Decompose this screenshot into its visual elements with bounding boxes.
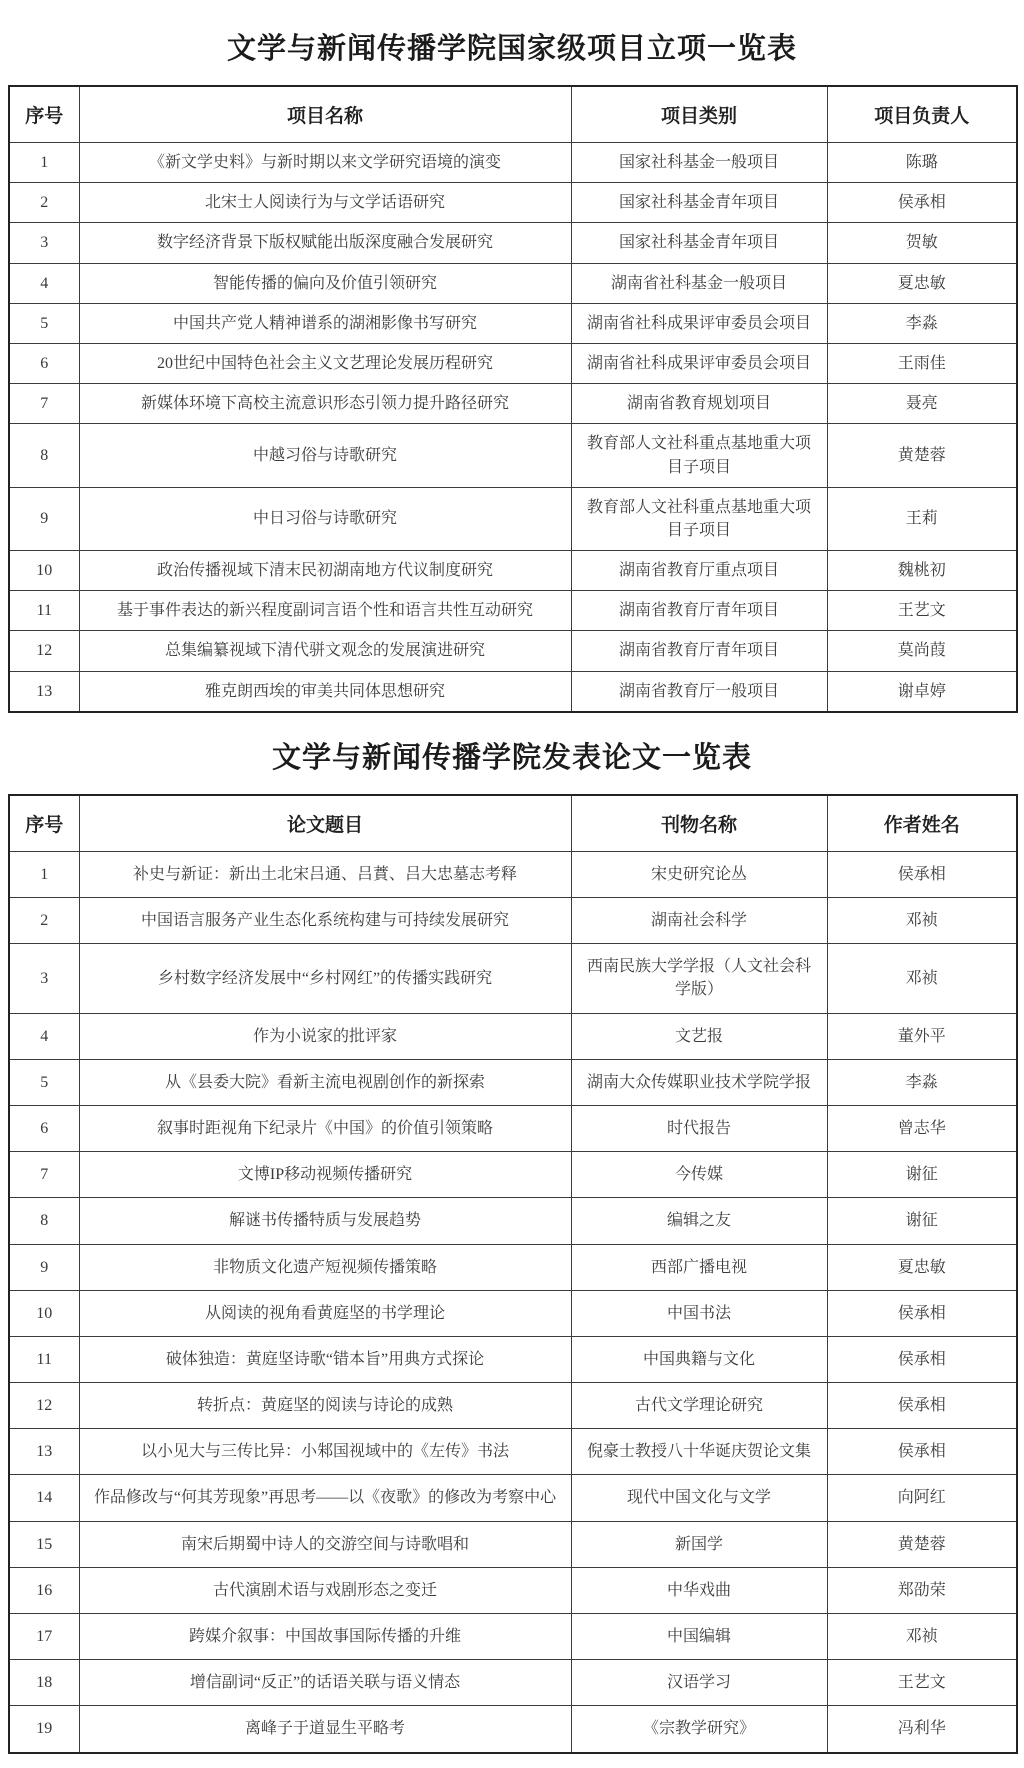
journal-name-cell: 中国编辑 (571, 1614, 827, 1660)
table-row: 18增信副词“反正”的话语关联与语义情态汉语学习王艺文 (9, 1660, 1017, 1706)
paper-title-cell: 转折点：黄庭坚的阅读与诗论的成熟 (79, 1383, 571, 1429)
paper-title-cell: 解谜书传播特质与发展趋势 (79, 1198, 571, 1244)
project-name-cell: 政治传播视域下清末民初湖南地方代议制度研究 (79, 551, 571, 591)
project-name-cell: 中日习俗与诗歌研究 (79, 487, 571, 550)
journal-name-cell: 中华戏曲 (571, 1567, 827, 1613)
journal-name-cell: 古代文学理论研究 (571, 1383, 827, 1429)
row-number-cell: 9 (9, 487, 79, 550)
paper-title-cell: 非物质文化遗产短视频传播策略 (79, 1244, 571, 1290)
project-leader-cell: 谢卓婷 (827, 671, 1017, 712)
column-header-journal-name: 刊物名称 (571, 795, 827, 852)
table-row: 6叙事时距视角下纪录片《中国》的价值引领策略时代报告曾志华 (9, 1105, 1017, 1151)
journal-name-cell: 新国学 (571, 1521, 827, 1567)
table-row: 17跨媒介叙事：中国故事国际传播的升维中国编辑邓祯 (9, 1614, 1017, 1660)
table-row: 19离峰子于道显生平略考《宗教学研究》冯利华 (9, 1706, 1017, 1753)
table-row: 3乡村数字经济发展中“乡村网红”的传播实践研究西南民族大学学报（人文社会科学版）… (9, 944, 1017, 1013)
author-name-cell: 曾志华 (827, 1105, 1017, 1151)
author-name-cell: 侯承相 (827, 851, 1017, 897)
author-name-cell: 夏忠敏 (827, 1244, 1017, 1290)
row-number-cell: 7 (9, 1152, 79, 1198)
row-number-cell: 8 (9, 1198, 79, 1244)
row-number-cell: 11 (9, 591, 79, 631)
row-number-cell: 2 (9, 898, 79, 944)
author-name-cell: 冯利华 (827, 1706, 1017, 1753)
row-number-cell: 15 (9, 1521, 79, 1567)
journal-name-cell: 编辑之友 (571, 1198, 827, 1244)
paper-title-cell: 作为小说家的批评家 (79, 1013, 571, 1059)
author-name-cell: 侯承相 (827, 1336, 1017, 1382)
project-name-cell: 雅克朗西埃的审美共同体思想研究 (79, 671, 571, 712)
project-leader-cell: 侯承相 (827, 183, 1017, 223)
journal-name-cell: 现代中国文化与文学 (571, 1475, 827, 1521)
author-name-cell: 邓祯 (827, 944, 1017, 1013)
table-row: 620世纪中国特色社会主义文艺理论发展历程研究湖南省社科成果评审委员会项目王雨佳 (9, 343, 1017, 383)
journal-name-cell: 时代报告 (571, 1105, 827, 1151)
row-number-cell: 4 (9, 1013, 79, 1059)
paper-title-cell: 文博IP移动视频传播研究 (79, 1152, 571, 1198)
author-name-cell: 黄楚蓉 (827, 1521, 1017, 1567)
table-row: 4作为小说家的批评家文艺报董外平 (9, 1013, 1017, 1059)
project-type-cell: 教育部人文社科重点基地重大项目子项目 (571, 487, 827, 550)
row-number-cell: 11 (9, 1336, 79, 1382)
row-number-cell: 9 (9, 1244, 79, 1290)
project-name-cell: 北宋士人阅读行为与文学话语研究 (79, 183, 571, 223)
row-number-cell: 3 (9, 223, 79, 263)
journal-name-cell: 中国典籍与文化 (571, 1336, 827, 1382)
table-row: 9非物质文化遗产短视频传播策略西部广播电视夏忠敏 (9, 1244, 1017, 1290)
table-row: 4智能传播的偏向及价值引领研究湖南省社科基金一般项目夏忠敏 (9, 263, 1017, 303)
table-row: 9中日习俗与诗歌研究教育部人文社科重点基地重大项目子项目王莉 (9, 487, 1017, 550)
table-row: 12转折点：黄庭坚的阅读与诗论的成熟古代文学理论研究侯承相 (9, 1383, 1017, 1429)
table-row: 16古代演剧术语与戏剧形态之变迁中华戏曲郑劭荣 (9, 1567, 1017, 1613)
project-leader-cell: 王艺文 (827, 591, 1017, 631)
journal-name-cell: 倪豪士教授八十华诞庆贺论文集 (571, 1429, 827, 1475)
project-type-cell: 湖南省社科成果评审委员会项目 (571, 303, 827, 343)
project-name-cell: 20世纪中国特色社会主义文艺理论发展历程研究 (79, 343, 571, 383)
project-type-cell: 国家社科基金青年项目 (571, 183, 827, 223)
journal-name-cell: 文艺报 (571, 1013, 827, 1059)
row-number-cell: 12 (9, 1383, 79, 1429)
project-type-cell: 湖南省教育厅青年项目 (571, 631, 827, 671)
row-number-cell: 2 (9, 183, 79, 223)
paper-title-cell: 南宋后期蜀中诗人的交游空间与诗歌唱和 (79, 1521, 571, 1567)
project-type-cell: 湖南省教育厅一般项目 (571, 671, 827, 712)
row-number-cell: 7 (9, 384, 79, 424)
table-row: 8解谜书传播特质与发展趋势编辑之友谢征 (9, 1198, 1017, 1244)
column-header-project-type: 项目类别 (571, 86, 827, 143)
papers-header-row: 序号 论文题目 刊物名称 作者姓名 (9, 795, 1017, 852)
project-leader-cell: 夏忠敏 (827, 263, 1017, 303)
paper-title-cell: 乡村数字经济发展中“乡村网红”的传播实践研究 (79, 944, 571, 1013)
paper-title-cell: 跨媒介叙事：中国故事国际传播的升维 (79, 1614, 571, 1660)
author-name-cell: 侯承相 (827, 1290, 1017, 1336)
paper-title-cell: 增信副词“反正”的话语关联与语义情态 (79, 1660, 571, 1706)
table-row: 2中国语言服务产业生态化系统构建与可持续发展研究湖南社会科学邓祯 (9, 898, 1017, 944)
papers-table: 序号 论文题目 刊物名称 作者姓名 1补史与新证：新出土北宋吕通、吕蕡、吕大忠墓… (8, 794, 1018, 1754)
table-row: 13雅克朗西埃的审美共同体思想研究湖南省教育厅一般项目谢卓婷 (9, 671, 1017, 712)
journal-name-cell: 《宗教学研究》 (571, 1706, 827, 1753)
table-row: 11破体独造：黄庭坚诗歌“错本旨”用典方式探论中国典籍与文化侯承相 (9, 1336, 1017, 1382)
author-name-cell: 董外平 (827, 1013, 1017, 1059)
row-number-cell: 4 (9, 263, 79, 303)
paper-title-cell: 中国语言服务产业生态化系统构建与可持续发展研究 (79, 898, 571, 944)
author-name-cell: 郑劭荣 (827, 1567, 1017, 1613)
row-number-cell: 12 (9, 631, 79, 671)
row-number-cell: 5 (9, 303, 79, 343)
row-number-cell: 10 (9, 1290, 79, 1336)
row-number-cell: 16 (9, 1567, 79, 1613)
project-type-cell: 湖南省社科成果评审委员会项目 (571, 343, 827, 383)
project-name-cell: 数字经济背景下版权赋能出版深度融合发展研究 (79, 223, 571, 263)
row-number-cell: 1 (9, 143, 79, 183)
table-row: 7新媒体环境下高校主流意识形态引领力提升路径研究湖南省教育规划项目聂亮 (9, 384, 1017, 424)
journal-name-cell: 中国书法 (571, 1290, 827, 1336)
table-row: 7文博IP移动视频传播研究今传媒谢征 (9, 1152, 1017, 1198)
project-type-cell: 湖南省社科基金一般项目 (571, 263, 827, 303)
row-number-cell: 14 (9, 1475, 79, 1521)
document-page: 文学与新闻传播学院国家级项目立项一览表 序号 项目名称 项目类别 项目负责人 1… (0, 0, 1024, 1768)
journal-name-cell: 西南民族大学学报（人文社会科学版） (571, 944, 827, 1013)
projects-table-title: 文学与新闻传播学院国家级项目立项一览表 (8, 26, 1016, 67)
project-leader-cell: 王莉 (827, 487, 1017, 550)
project-leader-cell: 黄楚蓉 (827, 424, 1017, 487)
row-number-cell: 1 (9, 851, 79, 897)
paper-title-cell: 古代演剧术语与戏剧形态之变迁 (79, 1567, 571, 1613)
row-number-cell: 6 (9, 343, 79, 383)
journal-name-cell: 汉语学习 (571, 1660, 827, 1706)
project-leader-cell: 聂亮 (827, 384, 1017, 424)
table-row: 13以小见大与三传比异：小邾国视域中的《左传》书法倪豪士教授八十华诞庆贺论文集侯… (9, 1429, 1017, 1475)
paper-title-cell: 破体独造：黄庭坚诗歌“错本旨”用典方式探论 (79, 1336, 571, 1382)
row-number-cell: 8 (9, 424, 79, 487)
journal-name-cell: 湖南社会科学 (571, 898, 827, 944)
author-name-cell: 李淼 (827, 1059, 1017, 1105)
project-type-cell: 湖南省教育厅青年项目 (571, 591, 827, 631)
author-name-cell: 邓祯 (827, 1614, 1017, 1660)
paper-title-cell: 以小见大与三传比异：小邾国视域中的《左传》书法 (79, 1429, 571, 1475)
project-leader-cell: 陈璐 (827, 143, 1017, 183)
paper-title-cell: 作品修改与“何其芳现象”再思考——以《夜歌》的修改为考察中心 (79, 1475, 571, 1521)
row-number-cell: 19 (9, 1706, 79, 1753)
row-number-cell: 6 (9, 1105, 79, 1151)
table-row: 11基于事件表达的新兴程度副词言语个性和语言共性互动研究湖南省教育厅青年项目王艺… (9, 591, 1017, 631)
project-name-cell: 基于事件表达的新兴程度副词言语个性和语言共性互动研究 (79, 591, 571, 631)
project-type-cell: 湖南省教育厅重点项目 (571, 551, 827, 591)
project-type-cell: 教育部人文社科重点基地重大项目子项目 (571, 424, 827, 487)
project-leader-cell: 王雨佳 (827, 343, 1017, 383)
table-row: 10政治传播视域下清末民初湖南地方代议制度研究湖南省教育厅重点项目魏桃初 (9, 551, 1017, 591)
table-row: 1补史与新证：新出土北宋吕通、吕蕡、吕大忠墓志考释宋史研究论丛侯承相 (9, 851, 1017, 897)
project-type-cell: 湖南省教育规划项目 (571, 384, 827, 424)
project-name-cell: 智能传播的偏向及价值引领研究 (79, 263, 571, 303)
author-name-cell: 谢征 (827, 1198, 1017, 1244)
journal-name-cell: 湖南大众传媒职业技术学院学报 (571, 1059, 827, 1105)
table-row: 8中越习俗与诗歌研究教育部人文社科重点基地重大项目子项目黄楚蓉 (9, 424, 1017, 487)
column-header-index: 序号 (9, 86, 79, 143)
project-leader-cell: 李淼 (827, 303, 1017, 343)
author-name-cell: 侯承相 (827, 1429, 1017, 1475)
author-name-cell: 侯承相 (827, 1383, 1017, 1429)
paper-title-cell: 从阅读的视角看黄庭坚的书学理论 (79, 1290, 571, 1336)
row-number-cell: 13 (9, 671, 79, 712)
project-leader-cell: 莫尚葭 (827, 631, 1017, 671)
table-row: 3数字经济背景下版权赋能出版深度融合发展研究国家社科基金青年项目贺敏 (9, 223, 1017, 263)
table-row: 5从《县委大院》看新主流电视剧创作的新探索湖南大众传媒职业技术学院学报李淼 (9, 1059, 1017, 1105)
author-name-cell: 王艺文 (827, 1660, 1017, 1706)
project-name-cell: 中越习俗与诗歌研究 (79, 424, 571, 487)
project-leader-cell: 贺敏 (827, 223, 1017, 263)
table-row: 14作品修改与“何其芳现象”再思考——以《夜歌》的修改为考察中心现代中国文化与文… (9, 1475, 1017, 1521)
table-row: 1《新文学史料》与新时期以来文学研究语境的演变国家社科基金一般项目陈璐 (9, 143, 1017, 183)
projects-table: 序号 项目名称 项目类别 项目负责人 1《新文学史料》与新时期以来文学研究语境的… (8, 85, 1018, 713)
row-number-cell: 17 (9, 1614, 79, 1660)
journal-name-cell: 今传媒 (571, 1152, 827, 1198)
project-type-cell: 国家社科基金青年项目 (571, 223, 827, 263)
journal-name-cell: 西部广播电视 (571, 1244, 827, 1290)
project-name-cell: 《新文学史料》与新时期以来文学研究语境的演变 (79, 143, 571, 183)
row-number-cell: 13 (9, 1429, 79, 1475)
project-name-cell: 新媒体环境下高校主流意识形态引领力提升路径研究 (79, 384, 571, 424)
column-header-project-leader: 项目负责人 (827, 86, 1017, 143)
project-type-cell: 国家社科基金一般项目 (571, 143, 827, 183)
table-row: 15南宋后期蜀中诗人的交游空间与诗歌唱和新国学黄楚蓉 (9, 1521, 1017, 1567)
table-row: 12总集编纂视域下清代骈文观念的发展演进研究湖南省教育厅青年项目莫尚葭 (9, 631, 1017, 671)
project-name-cell: 总集编纂视域下清代骈文观念的发展演进研究 (79, 631, 571, 671)
row-number-cell: 3 (9, 944, 79, 1013)
project-name-cell: 中国共产党人精神谱系的湖湘影像书写研究 (79, 303, 571, 343)
paper-title-cell: 叙事时距视角下纪录片《中国》的价值引领策略 (79, 1105, 571, 1151)
column-header-project-name: 项目名称 (79, 86, 571, 143)
table-row: 2北宋士人阅读行为与文学话语研究国家社科基金青年项目侯承相 (9, 183, 1017, 223)
journal-name-cell: 宋史研究论丛 (571, 851, 827, 897)
author-name-cell: 向阿红 (827, 1475, 1017, 1521)
table-row: 10从阅读的视角看黄庭坚的书学理论中国书法侯承相 (9, 1290, 1017, 1336)
column-header-index: 序号 (9, 795, 79, 852)
paper-title-cell: 离峰子于道显生平略考 (79, 1706, 571, 1753)
table-row: 5中国共产党人精神谱系的湖湘影像书写研究湖南省社科成果评审委员会项目李淼 (9, 303, 1017, 343)
project-leader-cell: 魏桃初 (827, 551, 1017, 591)
paper-title-cell: 补史与新证：新出土北宋吕通、吕蕡、吕大忠墓志考释 (79, 851, 571, 897)
column-header-paper-title: 论文题目 (79, 795, 571, 852)
row-number-cell: 10 (9, 551, 79, 591)
papers-table-title: 文学与新闻传播学院发表论文一览表 (8, 735, 1016, 776)
author-name-cell: 邓祯 (827, 898, 1017, 944)
column-header-author-name: 作者姓名 (827, 795, 1017, 852)
projects-header-row: 序号 项目名称 项目类别 项目负责人 (9, 86, 1017, 143)
paper-title-cell: 从《县委大院》看新主流电视剧创作的新探索 (79, 1059, 571, 1105)
row-number-cell: 18 (9, 1660, 79, 1706)
author-name-cell: 谢征 (827, 1152, 1017, 1198)
row-number-cell: 5 (9, 1059, 79, 1105)
